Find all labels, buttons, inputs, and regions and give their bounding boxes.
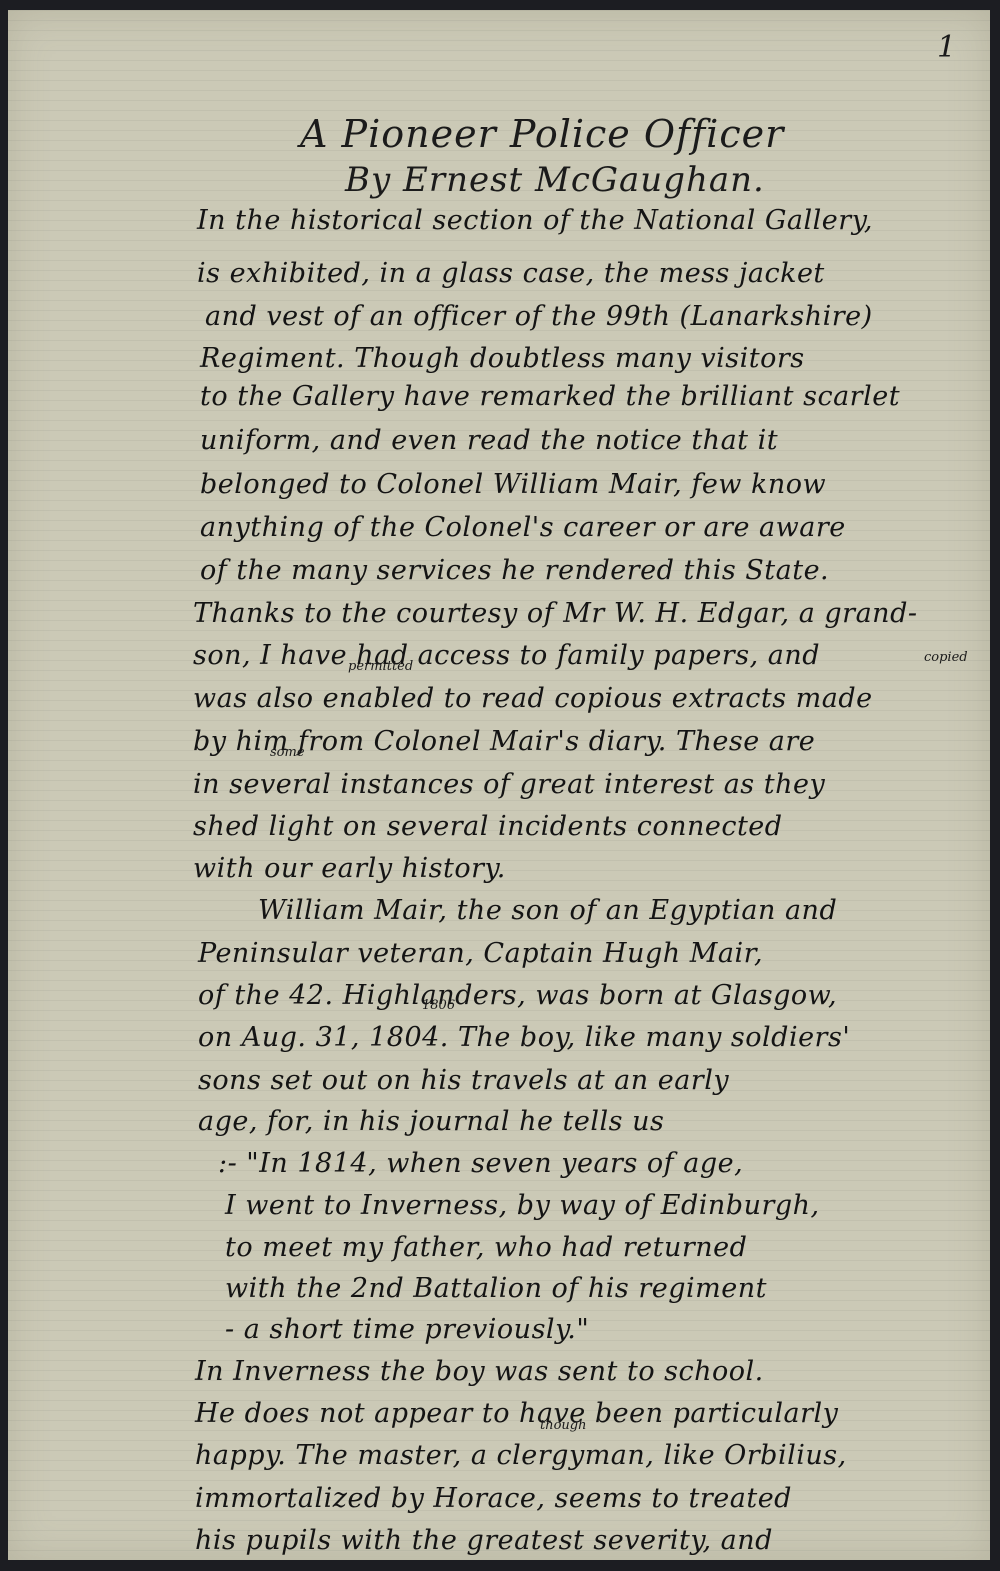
text-line: He does not appear to have been particul… — [195, 1398, 838, 1429]
text-line: anything of the Colonel's career or are … — [200, 512, 846, 543]
text-line: Regiment. Though doubtless many visitors — [200, 343, 805, 374]
text-line: was also enabled to read copious extract… — [193, 683, 873, 714]
quote-line: to meet my father, who had returned — [225, 1232, 747, 1263]
text-line: sons set out on his travels at an early — [198, 1065, 729, 1096]
text-line: his pupils with the greatest severity, a… — [195, 1525, 773, 1556]
text-line: son, I have had access to family papers,… — [193, 640, 820, 671]
text-line: with our early history. — [193, 853, 506, 884]
text-line: shed light on several incidents connecte… — [193, 811, 783, 842]
document-title: A Pioneer Police Officer — [300, 112, 784, 156]
text-line: belonged to Colonel William Mair, few kn… — [200, 469, 826, 500]
text-line: Peninsular veteran, Captain Hugh Mair, — [198, 938, 763, 969]
insertion-permitted: permitted — [348, 659, 413, 674]
text-line: Thanks to the courtesy of Mr W. H. Edgar… — [193, 598, 917, 629]
insertion-some: some — [270, 745, 305, 760]
quote-line: :- "In 1814, when seven years of age, — [218, 1148, 743, 1179]
text-line: on Aug. 31, 1804. The boy, like many sol… — [198, 1022, 850, 1053]
quote-line: I went to Inverness, by way of Edinburgh… — [225, 1190, 820, 1221]
document-byline: By Ernest McGaughan. — [345, 160, 765, 200]
page-number: 1 — [937, 30, 956, 65]
insertion-copied: copied — [924, 650, 968, 665]
text-line: In Inverness the boy was sent to school. — [195, 1356, 764, 1387]
quote-line: - a short time previously." — [225, 1314, 589, 1345]
text-line: of the many services he rendered this St… — [200, 555, 829, 586]
text-line: happy. The master, a clergyman, like Orb… — [195, 1440, 847, 1471]
insertion-1806: 1806 — [422, 998, 455, 1013]
text-line: is exhibited, in a glass case, the mess … — [197, 258, 825, 289]
text-line: William Mair, the son of an Egyptian and — [258, 895, 837, 926]
text-line: of the 42. Highlanders, was born at Glas… — [198, 980, 837, 1011]
text-line: in several instances of great interest a… — [193, 769, 825, 800]
text-line: age, for, in his journal he tells us — [198, 1106, 664, 1137]
text-line: and vest of an officer of the 99th (Lana… — [205, 301, 873, 332]
text-line: uniform, and even read the notice that i… — [200, 425, 778, 456]
insertion-though: though — [540, 1418, 587, 1433]
text-line: In the historical section of the Nationa… — [197, 205, 873, 236]
quote-line: with the 2nd Battalion of his regiment — [225, 1273, 767, 1304]
text-line: to the Gallery have remarked the brillia… — [200, 381, 900, 412]
text-line: immortalized by Horace, seems to treated — [195, 1483, 792, 1514]
